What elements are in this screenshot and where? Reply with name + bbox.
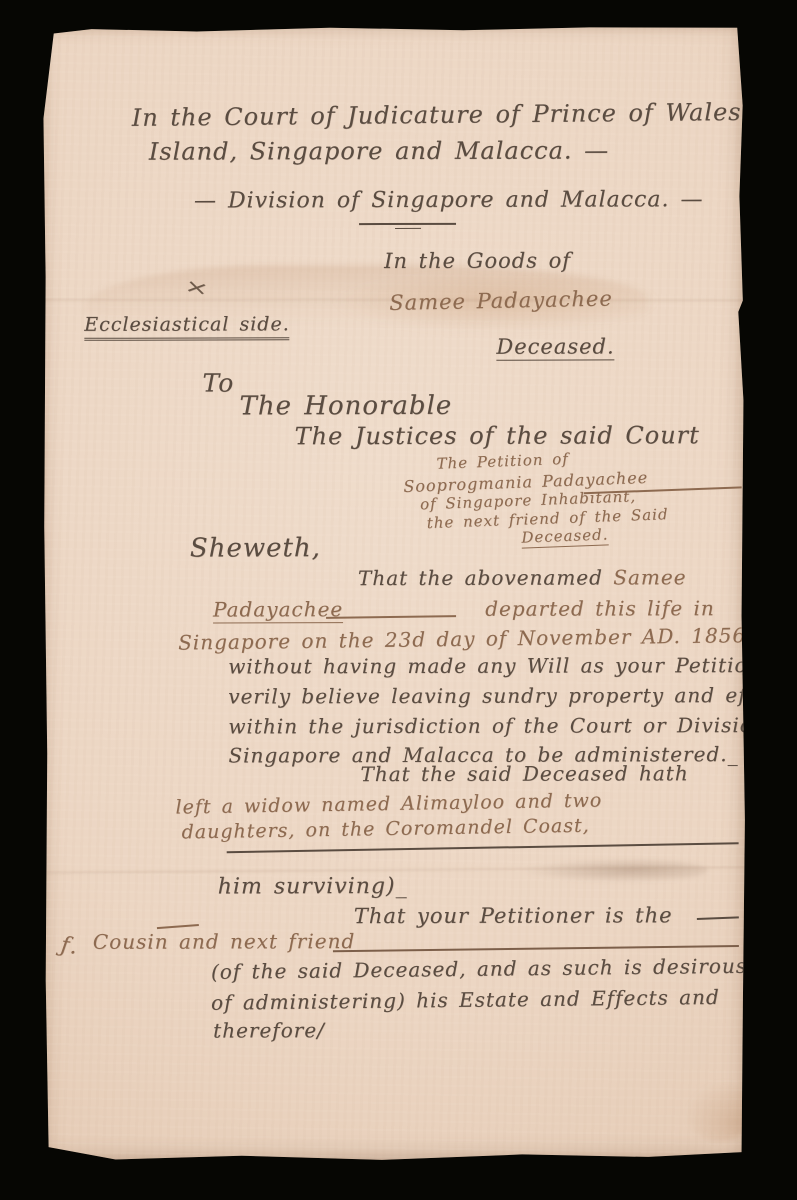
body-line-therefore: therefore/ [213,1020,325,1040]
body-line-abovenamed: That the abovenamed Samee [358,567,687,588]
inserted-name-padayachee: Padayachee [213,597,343,623]
division-heading: — Division of Singapore and Malacca. — [194,189,704,212]
body-line-surviving: him surviving)_ [218,876,408,898]
body-line-cousin: Cousin and next friend [93,931,355,952]
body-line-property: verily believe leaving sundry property a… [228,685,797,706]
pen-x-mark: × [183,277,212,300]
ecclesiastical-side-label: Ecclesiastical side. [84,315,290,335]
division-underline [359,223,456,225]
abovenamed-text: That the abovenamed [358,565,603,590]
body-line-petitioner-is: That your Petitioner is the [354,905,673,927]
margin-mark: ƒ. [60,935,80,959]
deceased-name: Samee Padayachee [389,288,613,313]
court-heading-line1: In the Court of Judicature of Prince of … [132,100,750,130]
salutation-to: To [202,370,234,395]
body-line-will: without having made any Will as your Pet… [228,655,785,676]
sheweth-label: Sheweth, [190,535,321,561]
body-line-administering: of administering) his Estate and Effects… [211,987,720,1013]
inserted-name-samee: Samee [613,565,686,589]
salutation-justices: The Justices of the said Court [295,423,700,448]
deceased-word-text: Deceased. [496,334,614,360]
body-line-jurisdiction: within the jurisdiction of the Court or … [228,715,797,736]
in-the-goods-of: In the Goods of [384,251,571,272]
petition-deceased-text: Deceased. [521,525,609,548]
document-paper: In the Court of Judicature of Prince of … [43,26,747,1162]
division-underline-tick [395,228,421,229]
body-line-desirous: (of the said Deceased, and as such is de… [211,956,747,982]
petition-block: The Petition of Sooprogmania Padayachee … [400,444,753,541]
ecclesiastical-side-text: Ecclesiastical side. [84,313,290,341]
court-heading-line2: Island, Singapore and Malacca. — [149,138,609,163]
body-line-deceased-hath: That the said Deceased hath [360,763,688,784]
deceased-word: Deceased. [496,336,614,357]
salutation-honorable: The Honorable [239,393,452,420]
departed-text: departed this life in [485,596,715,621]
body-line-padayachee: Padayacheedeparted this life in [213,598,715,619]
